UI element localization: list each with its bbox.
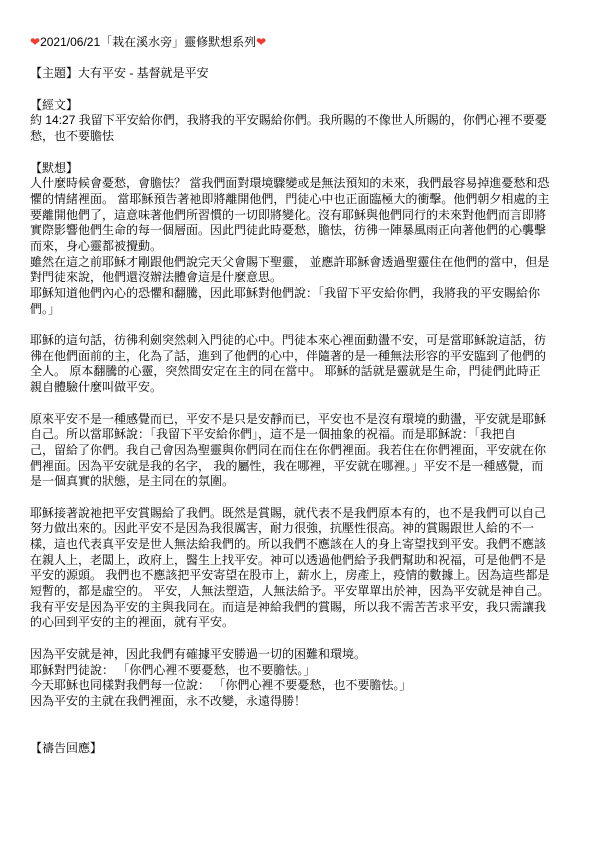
text-line: 實際影響他們生命的每一個層面。因此門徒此時憂愁，膽怯，彷彿一陣暴風雨正向著他們的… [30,223,565,239]
text-line: 己，留給了你們。我自己會因為聖靈與你們同在而住在你們裡面。我若住在你們裡面，平安… [30,443,565,459]
text-line: 【主題】大有平安 - 基督就是平安 [30,66,565,82]
text-line: 原來平安不是一種感覺而已，平安不是只是安靜而已，平安也不是沒有環境的動盪，平安就… [30,412,565,428]
heart-icon: ❤ [256,35,266,51]
text-line: 們。」 [30,302,565,318]
text-line: 而來，身心靈都被攪動。 [30,239,565,255]
blank-line [30,725,565,741]
text-line: 耶穌接著說祂把平安賞賜給了我們。既然是賞賜，就代表不是我們原本有的，也不是我們可… [30,506,565,522]
text-line: 愁，也不要膽怯 [30,129,565,145]
text-line: 對門徒來說，他們還沒辦法體會這是什麼意思。 [30,270,565,286]
text-line: 【經文】 [30,98,565,114]
text-line: 懼的情緒裡面。 當耶穌預告著祂即將離開他們，門徒心中也正面臨極大的衝擊。他們朝夕… [30,192,565,208]
text-line: 耶穌對門徒說： 「你們心裡不要憂愁，也不要膽怯。」 [30,663,565,679]
text-line: 因為平安就是神，因此我們有確據平安勝過一切的困難和環境。 [30,647,565,663]
text-line: 因為平安的主就在我們裡面，永不改變，永遠得勝！ [30,694,565,710]
text-line: 是一個真實的狀態，是主同在的氛圍。 [30,474,565,490]
text-line: 耶穌知道他們內心的恐懼和翻騰，因此耶穌對他們說：「我留下平安給你們，我將我的平安… [30,286,565,302]
blank-line [30,631,565,647]
document-title: 2021/06/21「栽在溪水旁」靈修默想系列 [40,35,256,51]
blank-line [30,710,565,726]
text-line: 要離開他們了，這意味著他們所習慣的一切即將變化。沒有耶穌與他們同行的未來對他們而… [30,208,565,224]
text-line: 今天耶穌也同樣對我們每一位說： 「你們心裡不要憂愁，也不要膽怯。」 [30,678,565,694]
blank-line [30,490,565,506]
text-line: 【禱告回應】 [30,741,565,757]
text-line: 我有平安是因為平安的主與我同在。而這是神給我們的賞賜，所以我不需苦苦求平安，我只… [30,600,565,616]
text-line: 自己。所以當耶穌說：「我留下平安給你們」，這不是一個抽象的祝福。而是耶穌說：「我… [30,427,565,443]
text-line: 耶穌的這句話，彷彿利劍突然刺入門徒的心中。門徒本來心裡面動盪不安，可是當耶穌說這… [30,333,565,349]
text-line: 平安的源頭。 我們也不應該把平安寄望在股市上，薪水上，房產上，疫情的數據上。因為… [30,568,565,584]
text-line: 全人。 原本翻騰的心靈，突然間安定在主的同在當中。 耶穌的話就是靈就是生命，門徒… [30,364,565,380]
text-line: 【默想】 [30,161,565,177]
heart-icon: ❤ [30,35,40,51]
document-body: 【主題】大有平安 - 基督就是平安【經文】約 14:27 我留下平安給你們，我將… [30,51,565,757]
text-line: 雖然在這之前耶穌才剛跟他們說完天父會賜下聖靈， 並應許耶穌會透過聖靈住在他們的當… [30,255,565,271]
text-line: 在親人上，老闆上，政府上，醫生上找平安。神可以透過他們給予我們幫助和祝福，可是他… [30,553,565,569]
blank-line [30,396,565,412]
blank-line [30,82,565,98]
document-title-line: ❤2021/06/21「栽在溪水旁」靈修默想系列❤ [30,35,565,51]
text-line: 人什麼時候會憂愁，會膽怯？ 當我們面對環境驟變或是無法預知的未來，我們最容易掉進… [30,176,565,192]
text-line: 短暫的，都是虛空的。 平安，人無法塑造，人無法給予。平安單單出於神，因為平安就是… [30,584,565,600]
text-line: 彿在他們面前的主，化為了話，進到了他們的心中，伴隨著的是一種無法形容的平安臨到了… [30,349,565,365]
text-line: 的心回到平安的主的裡面，就有平安。 [30,615,565,631]
text-line: 親自體驗什麼叫做平安。 [30,380,565,396]
blank-line [30,145,565,161]
blank-line [30,317,565,333]
text-line: 們裡面。因為平安就是我的名字， 我的屬性，我在哪裡，平安就在哪裡。」平安不是一種… [30,459,565,475]
text-line: 約 14:27 我留下平安給你們，我將我的平安賜給你們。我所賜的不像世人所賜的，… [30,113,565,129]
document-page: ❤2021/06/21「栽在溪水旁」靈修默想系列❤ 【主題】大有平安 - 基督就… [0,0,595,842]
text-line: 努力做出來的。因此平安不是因為我很厲害，耐力很強，抗壓性很高。神的賞賜跟世人給的… [30,521,565,537]
blank-line [30,51,565,67]
text-line: 樣，這也代表真平安是世人無法給我們的。所以我們不應該在人的身上寄望找到平安。我們… [30,537,565,553]
